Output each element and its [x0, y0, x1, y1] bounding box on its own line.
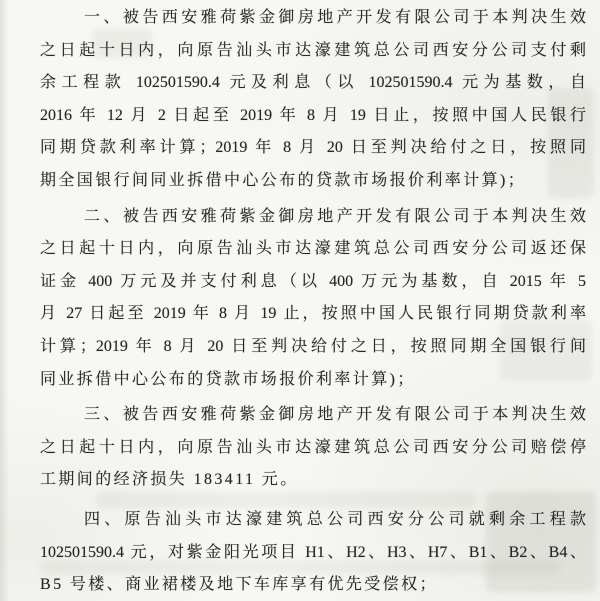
- text-line: 四、原告汕头市达濠建筑总公司西安分公司就剩余工程款: [40, 504, 586, 537]
- ruling-item-1: 一、被告西安雅荷紫金御房地产开发有限公司于本判决生效 之日起十日内，向原告汕头市…: [40, 2, 586, 198]
- ruling-item-4: 四、原告汕头市达濠建筑总公司西安分公司就剩余工程款 102501590.4 元，…: [40, 504, 586, 601]
- text-line: 一、被告西安雅荷紫金御房地产开发有限公司于本判决生效: [40, 2, 586, 35]
- judgment-page: 一、被告西安雅荷紫金御房地产开发有限公司于本判决生效 之日起十日内，向原告汕头市…: [0, 0, 600, 601]
- judgment-text-block: 一、被告西安雅荷紫金御房地产开发有限公司于本判决生效 之日起十日内，向原告汕头市…: [40, 2, 586, 601]
- text-line: 之日起十日内，向原告汕头市达濠建筑总公司西安分公司支付剩: [40, 35, 586, 68]
- text-line: 计算；2019 年 8 月 20 日至判决给付之日，按照同期全国银行间: [40, 331, 586, 364]
- text-line: 三、被告西安雅荷紫金御房地产开发有限公司于本判决生效: [40, 399, 586, 432]
- text-line: 余工程款 102501590.4 元及利息（以 102501590.4 元为基数…: [40, 67, 586, 100]
- text-line: B5 号楼、商业裙楼及地下车库享有优先受偿权；: [40, 569, 586, 601]
- scan-edge-shadow: [0, 0, 9, 601]
- text-line: 102501590.4 元，对紫金阳光项目 H1、H2、H3、H7、B1、B2、…: [40, 537, 586, 570]
- text-line: 之日起十日内，向原告汕头市达濠建筑总公司西安分公司返还保: [40, 233, 586, 266]
- text-line: 同业拆借中心公布的贷款市场报价利率计算)；: [40, 364, 586, 397]
- text-line: 2016 年 12 月 2 日起至 2019 年 8 月 19 日止，按照中国人…: [40, 100, 586, 133]
- text-line: 工期间的经济损失 183411 元。: [40, 464, 586, 497]
- text-line: 月 27 日起至 2019 年 8 月 19 止，按照中国人民银行同期贷款利率: [40, 298, 586, 331]
- text-line: 同期贷款利率计算；2019 年 8 月 20 日至判决给付之日，按照同: [40, 132, 586, 165]
- text-line: 证金 400 万元及并支付利息（以 400 万元为基数，自 2015 年 5: [40, 266, 586, 299]
- text-line: 期全国银行间同业拆借中心公布的贷款市场报价利率计算)；: [40, 165, 586, 198]
- ruling-item-2: 二、被告西安雅荷紫金御房地产开发有限公司于本判决生效 之日起十日内，向原告汕头市…: [40, 201, 586, 397]
- text-line: 二、被告西安雅荷紫金御房地产开发有限公司于本判决生效: [40, 201, 586, 234]
- ruling-item-3: 三、被告西安雅荷紫金御房地产开发有限公司于本判决生效 之日起十日内，向原告汕头市…: [40, 399, 586, 497]
- text-line: 之日起十日内，向原告汕头市达濠建筑总公司西安分公司赔偿停: [40, 432, 586, 465]
